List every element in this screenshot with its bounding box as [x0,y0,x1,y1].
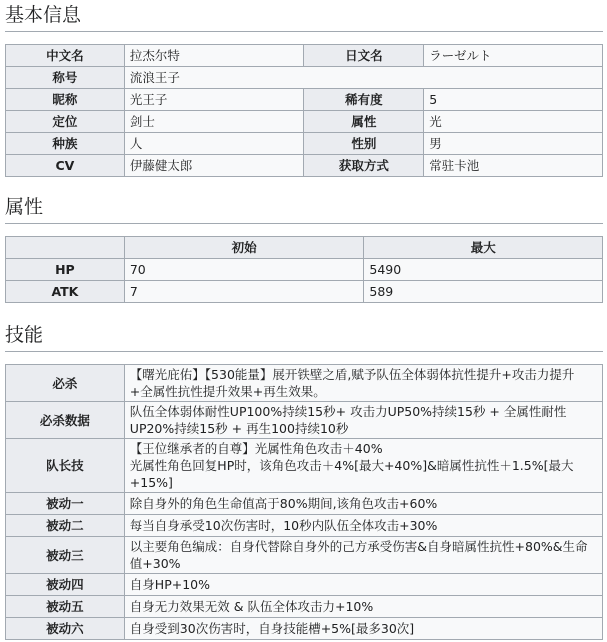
label-japanese-name: 日文名 [304,45,424,67]
table-row: 被动六 自身受到30次伤害时，自身技能槽+5%[最多30次] [6,618,603,640]
table-row: 昵称 光王子 稀有度 5 [6,89,603,111]
value-gender: 男 [424,133,603,155]
label-hp: HP [6,259,125,281]
label-passive-5: 被动五 [6,596,125,618]
value-nickname: 光王子 [124,89,304,111]
value-role: 剑士 [124,111,304,133]
table-row: 必杀 【曙光庇佑】【530能量】展开铁壁之盾,赋予队伍全体弱体抗性提升+攻击力提… [6,365,603,402]
value-element: 光 [424,111,603,133]
value-hp-initial: 70 [124,259,364,281]
skills-table: 必杀 【曙光庇佑】【530能量】展开铁壁之盾,赋予队伍全体弱体抗性提升+攻击力提… [5,364,603,640]
value-obtain-method: 常驻卡池 [424,155,603,177]
value-hp-max: 5490 [364,259,603,281]
value-atk-initial: 7 [124,281,364,303]
label-nickname: 昵称 [6,89,125,111]
table-row: 必杀数据 队伍全体弱体耐性UP100%持续15秒+ 攻击力UP50%持续15秒 … [6,402,603,439]
label-role: 定位 [6,111,125,133]
label-cv: CV [6,155,125,177]
basic-info-table: 中文名 拉杰尔特 日文名 ラーゼルト 称号 流浪王子 昵称 光王子 稀有度 5 … [5,44,603,177]
label-passive-1: 被动一 [6,493,125,515]
section-heading-skills: 技能 [5,319,603,352]
value-passive-2: 每当自身承受10次伤害时，10秒内队伍全体攻击+30% [124,515,602,537]
value-japanese-name: ラーゼルト [424,45,603,67]
table-row: HP 70 5490 [6,259,603,281]
label-passive-4: 被动四 [6,574,125,596]
table-row: 被动三 以主要角色编成：自身代替除自身外的己方承受伤害&自身暗属性抗性+80%&… [6,537,603,574]
table-row: 种族 人 性别 男 [6,133,603,155]
label-passive-6: 被动六 [6,618,125,640]
table-row: 被动二 每当自身承受10次伤害时，10秒内队伍全体攻击+30% [6,515,603,537]
table-row: 队长技 【王位继承者的自尊】光属性角色攻击＋40% 光属性角色回复HP时，该角色… [6,439,603,493]
value-ultimate: 【曙光庇佑】【530能量】展开铁壁之盾,赋予队伍全体弱体抗性提升+攻击力提升+全… [124,365,602,402]
value-cv: 伊藤健太郎 [124,155,304,177]
value-leader-skill: 【王位继承者的自尊】光属性角色攻击＋40% 光属性角色回复HP时，该角色攻击＋4… [124,439,602,493]
value-passive-3: 以主要角色编成：自身代替除自身外的己方承受伤害&自身暗属性抗性+80%&生命值+… [124,537,602,574]
header-max: 最大 [364,237,603,259]
table-row: 被动五 自身无力效果无效 & 队伍全体攻击力+10% [6,596,603,618]
table-header-row: 初始 最大 [6,237,603,259]
section-heading-basic-info: 基本信息 [5,0,603,32]
value-chinese-name: 拉杰尔特 [124,45,304,67]
page: 基本信息 中文名 拉杰尔特 日文名 ラーゼルト 称号 流浪王子 昵称 光王子 稀… [0,0,607,640]
label-title: 称号 [6,67,125,89]
section-heading-attributes: 属性 [5,191,603,224]
value-rarity: 5 [424,89,603,111]
value-title: 流浪王子 [124,67,602,89]
table-row: ATK 7 589 [6,281,603,303]
label-gender: 性别 [304,133,424,155]
label-passive-3: 被动三 [6,537,125,574]
label-chinese-name: 中文名 [6,45,125,67]
value-passive-5: 自身无力效果无效 & 队伍全体攻击力+10% [124,596,602,618]
label-leader-skill: 队长技 [6,439,125,493]
table-row: 中文名 拉杰尔特 日文名 ラーゼルト [6,45,603,67]
leader-skill-line2: 光属性角色回复HP时，该角色攻击＋4%[最大+40%]&暗属性抗性＋1.5%[最… [130,457,597,491]
label-passive-2: 被动二 [6,515,125,537]
label-ultimate-data: 必杀数据 [6,402,125,439]
label-rarity: 稀有度 [304,89,424,111]
table-row: 称号 流浪王子 [6,67,603,89]
table-row: CV 伊藤健太郎 获取方式 常驻卡池 [6,155,603,177]
value-passive-1: 除自身外的角色生命值高于80%期间,该角色攻击+60% [124,493,602,515]
value-passive-6: 自身受到30次伤害时，自身技能槽+5%[最多30次] [124,618,602,640]
table-row: 被动四 自身HP+10% [6,574,603,596]
label-element: 属性 [304,111,424,133]
attributes-table: 初始 最大 HP 70 5490 ATK 7 589 [5,236,603,303]
value-ultimate-data: 队伍全体弱体耐性UP100%持续15秒+ 攻击力UP50%持续15秒 + 全属性… [124,402,602,439]
header-initial: 初始 [124,237,364,259]
table-row: 定位 剑士 属性 光 [6,111,603,133]
value-race: 人 [124,133,304,155]
header-blank [6,237,125,259]
label-atk: ATK [6,281,125,303]
label-race: 种族 [6,133,125,155]
leader-skill-line1: 【王位继承者的自尊】光属性角色攻击＋40% [130,440,597,457]
value-passive-4: 自身HP+10% [124,574,602,596]
table-row: 被动一 除自身外的角色生命值高于80%期间,该角色攻击+60% [6,493,603,515]
label-obtain-method: 获取方式 [304,155,424,177]
value-atk-max: 589 [364,281,603,303]
label-ultimate: 必杀 [6,365,125,402]
